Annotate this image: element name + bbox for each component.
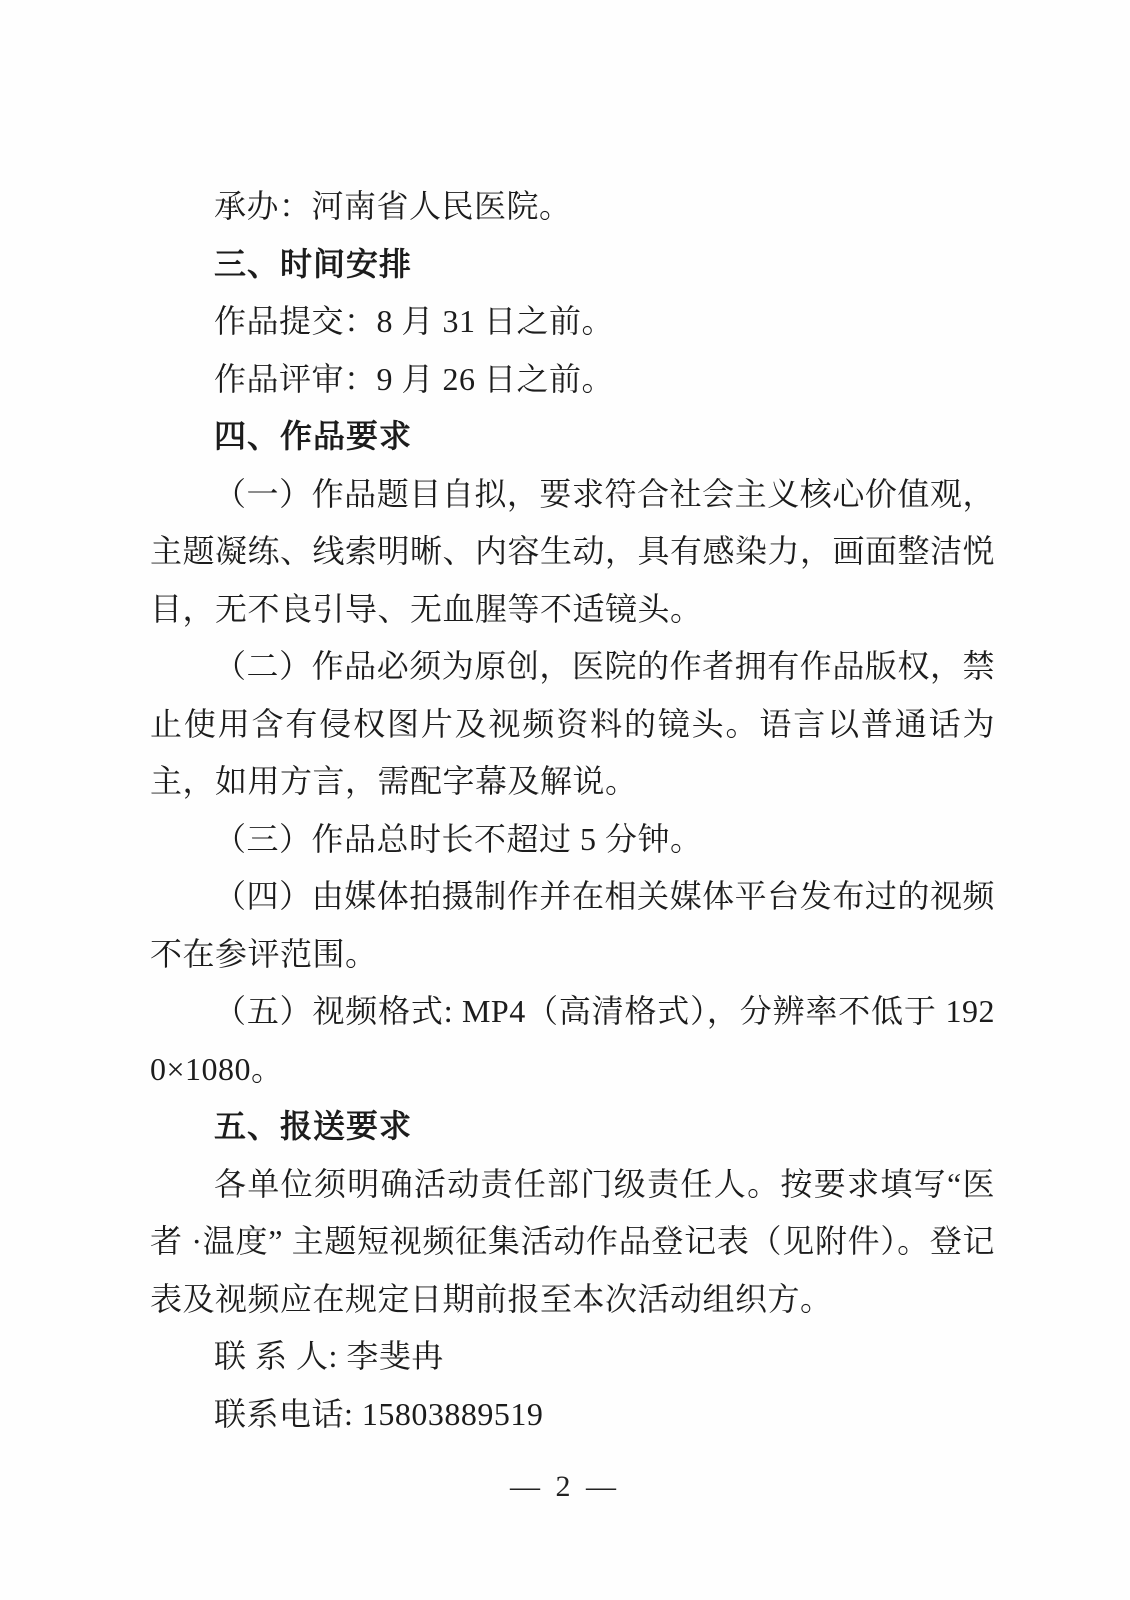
- line-contact-person: 联 系 人: 李斐冉: [150, 1328, 995, 1386]
- paragraph-requirement-1: （一）作品题目自拟，要求符合社会主义核心价值观，主题凝练、线索明晰、内容生动，具…: [150, 466, 995, 639]
- paragraph-requirement-4: （四）由媒体拍摄制作并在相关媒体平台发布过的视频不在参评范围。: [150, 868, 995, 983]
- section-heading-work-requirements: 四、作品要求: [150, 408, 995, 466]
- line-contact-phone: 联系电话: 15803889519: [150, 1386, 995, 1444]
- paragraph-requirement-5: （五）视频格式: MP4（高清格式），分辨率不低于 1920×1080。: [150, 983, 995, 1098]
- line-submission-deadline: 作品提交：8 月 31 日之前。: [150, 293, 995, 351]
- line-review-deadline: 作品评审：9 月 26 日之前。: [150, 351, 995, 409]
- section-heading-schedule: 三、时间安排: [150, 236, 995, 294]
- document-page: 承办：河南省人民医院。 三、时间安排 作品提交：8 月 31 日之前。 作品评审…: [0, 0, 1130, 1600]
- section-heading-submission-requirements: 五、报送要求: [150, 1098, 995, 1156]
- paragraph-requirement-2: （二）作品必须为原创，医院的作者拥有作品版权，禁止使用含有侵权图片及视频资料的镜…: [150, 638, 995, 811]
- paragraph-requirement-3: （三）作品总时长不超过 5 分钟。: [150, 811, 995, 869]
- page-number: — 2 —: [0, 1470, 1130, 1504]
- paragraph-submission-instructions: 各单位须明确活动责任部门级责任人。按要求填写“医者 ·温度” 主题短视频征集活动…: [150, 1156, 995, 1329]
- document-body: 承办：河南省人民医院。 三、时间安排 作品提交：8 月 31 日之前。 作品评审…: [150, 178, 995, 1443]
- line-organizer: 承办：河南省人民医院。: [150, 178, 995, 236]
